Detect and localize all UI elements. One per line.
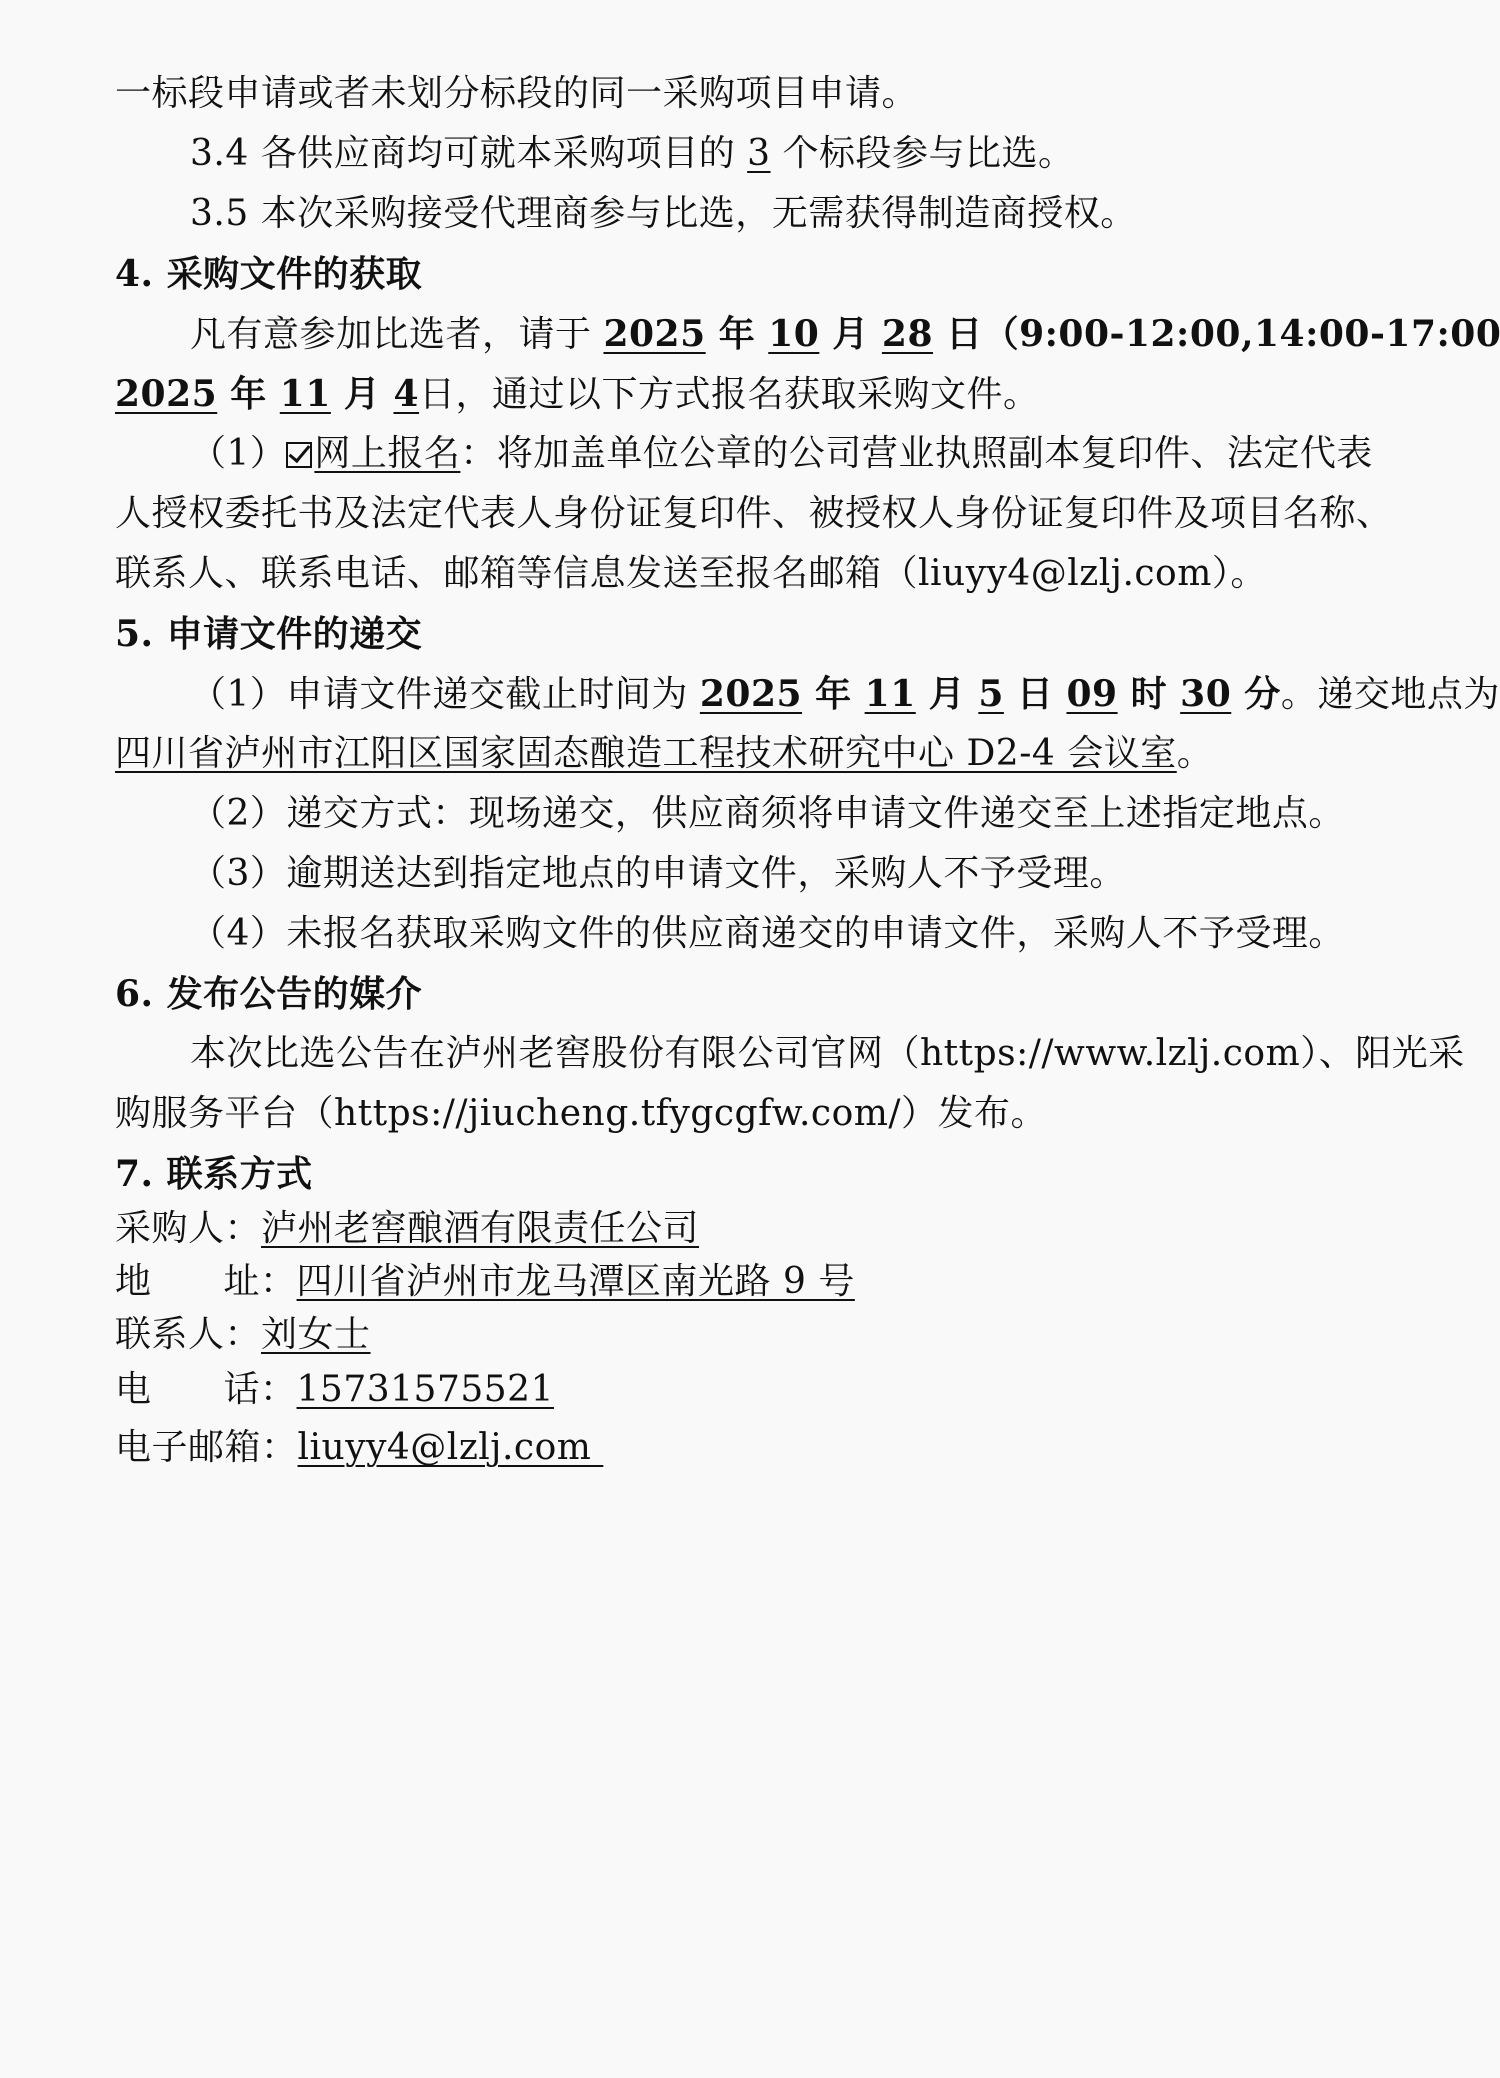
media-line2: 购服务平台（https://jiucheng.tfygcgfw.com/）发布。: [115, 1090, 1047, 1138]
section4-heading: 4. 采购文件的获取: [115, 250, 422, 298]
item-number: （1）: [190, 433, 286, 474]
purchaser-label: 采购人：: [115, 1208, 261, 1249]
section5-heading: 5. 申请文件的递交: [115, 610, 422, 658]
hour-label: 时: [1118, 673, 1181, 715]
address-value: 四川省泸州市龙马潭区南光路 9 号: [297, 1261, 855, 1302]
year-label: 年: [802, 673, 865, 715]
end-year: 2025: [115, 373, 217, 415]
year-label: 年: [706, 313, 769, 355]
online-registration-label: 网上报名: [314, 433, 460, 474]
month-label: 月: [916, 673, 979, 715]
contact-person-value: 刘女士: [261, 1314, 371, 1355]
purchaser-value: 泸州老窖酿酒有限责任公司: [261, 1208, 699, 1249]
contact-address: 地址：四川省泸州市龙马潭区南光路 9 号: [115, 1258, 855, 1306]
phone-value: 15731575521: [297, 1369, 554, 1410]
contact-email: 电子邮箱：liuyy4@lzlj.com: [115, 1424, 603, 1472]
submission-location-line: 四川省泸州市江阳区国家固态酿造工程技术研究中心 D2-4 会议室。: [115, 730, 1213, 778]
deadline-year: 2025: [700, 673, 802, 715]
year-label: 年: [217, 373, 280, 415]
deadline-prefix: （1）申请文件递交截止时间为: [190, 674, 700, 715]
submission-item2: （2）递交方式：现场递交，供应商须将申请文件递交至上述指定地点。: [190, 790, 1345, 838]
day-label: 日: [1004, 673, 1067, 715]
item-3-4-text: 3.4 各供应商均可就本采购项目的: [190, 133, 747, 174]
intro-text: 凡有意参加比选者，请于: [190, 314, 603, 355]
contact-purchaser: 采购人：泸州老窖酿酒有限责任公司: [115, 1205, 699, 1253]
online-registration-line1: （1）网上报名：将加盖单位公章的公司营业执照副本复印件、法定代表: [190, 430, 1373, 478]
deadline-minute: 30: [1180, 673, 1231, 715]
submission-item4: （4）未报名获取采购文件的供应商递交的申请文件，采购人不予受理。: [190, 910, 1345, 958]
start-year: 2025: [603, 313, 705, 355]
contact-person-label: 联系人：: [115, 1314, 261, 1355]
item-3-4: 3.4 各供应商均可就本采购项目的 3 个标段参与比选。: [190, 130, 1075, 178]
deadline-hour: 09: [1066, 673, 1117, 715]
section4-para-line2: 2025 年 11 月 4日，通过以下方式报名获取采购文件。: [115, 370, 1040, 419]
email-value[interactable]: liuyy4@lzlj.com: [298, 1427, 604, 1468]
online-registration-line2: 人授权委托书及法定代表人身份证复印件、被授权人身份证复印件及项目名称、: [115, 490, 1393, 538]
office-hours: （9:00-12:00,14:00-17:00）至: [983, 313, 1500, 355]
para-tail: 日，通过以下方式报名获取采购文件。: [419, 374, 1040, 415]
end-day: 4: [393, 373, 419, 415]
section4-para-line1: 凡有意参加比选者，请于 2025 年 10 月 28 日（9:00-12:00,…: [190, 310, 1500, 359]
lot-count: 3: [747, 133, 770, 174]
media-line1: 本次比选公告在泸州老窖股份有限公司官网（https://www.lzlj.com…: [190, 1030, 1465, 1078]
start-month: 10: [768, 313, 819, 355]
phone-label-a: 电: [115, 1369, 152, 1410]
section6-heading: 6. 发布公告的媒介: [115, 970, 422, 1018]
section7-heading: 7. 联系方式: [115, 1150, 313, 1198]
end-month: 11: [280, 373, 331, 415]
address-label-a: 地: [115, 1261, 152, 1302]
address-label-b: 址：: [224, 1261, 297, 1302]
online-registration-line3: 联系人、联系电话、邮箱等信息发送至报名邮箱（liuyy4@lzlj.com）。: [115, 550, 1267, 598]
deadline-line: （1）申请文件递交截止时间为 2025 年 11 月 5 日 09 时 30 分…: [190, 670, 1500, 719]
period: 。: [1177, 733, 1214, 774]
email-label: 电子邮箱：: [115, 1427, 298, 1468]
deadline-day: 5: [978, 673, 1004, 715]
minute-label: 分: [1231, 673, 1281, 715]
item-3-4-suffix: 个标段参与比选。: [771, 133, 1075, 174]
day-label: 日: [933, 313, 983, 355]
start-day: 28: [882, 313, 933, 355]
item-3-5: 3.5 本次采购接受代理商参与比选，无需获得制造商授权。: [190, 190, 1137, 238]
month-label: 月: [819, 313, 882, 355]
deadline-suffix: 。递交地点为: [1281, 674, 1500, 715]
contact-phone: 电话：15731575521: [115, 1366, 554, 1414]
submission-location: 四川省泸州市江阳区国家固态酿造工程技术研究中心 D2-4 会议室: [115, 733, 1177, 774]
contact-person: 联系人：刘女士: [115, 1311, 371, 1359]
online-registration-option: 网上报名: [286, 433, 460, 474]
online-registration-text: ：将加盖单位公章的公司营业执照副本复印件、法定代表: [460, 433, 1373, 474]
deadline-month: 11: [865, 673, 916, 715]
month-label: 月: [331, 373, 394, 415]
section3-continuation: 一标段申请或者未划分标段的同一采购项目申请。: [115, 70, 918, 118]
checked-checkbox-icon: [286, 442, 312, 468]
phone-label-b: 话：: [224, 1369, 297, 1410]
submission-item3: （3）逾期送达到指定地点的申请文件，采购人不予受理。: [190, 850, 1126, 898]
